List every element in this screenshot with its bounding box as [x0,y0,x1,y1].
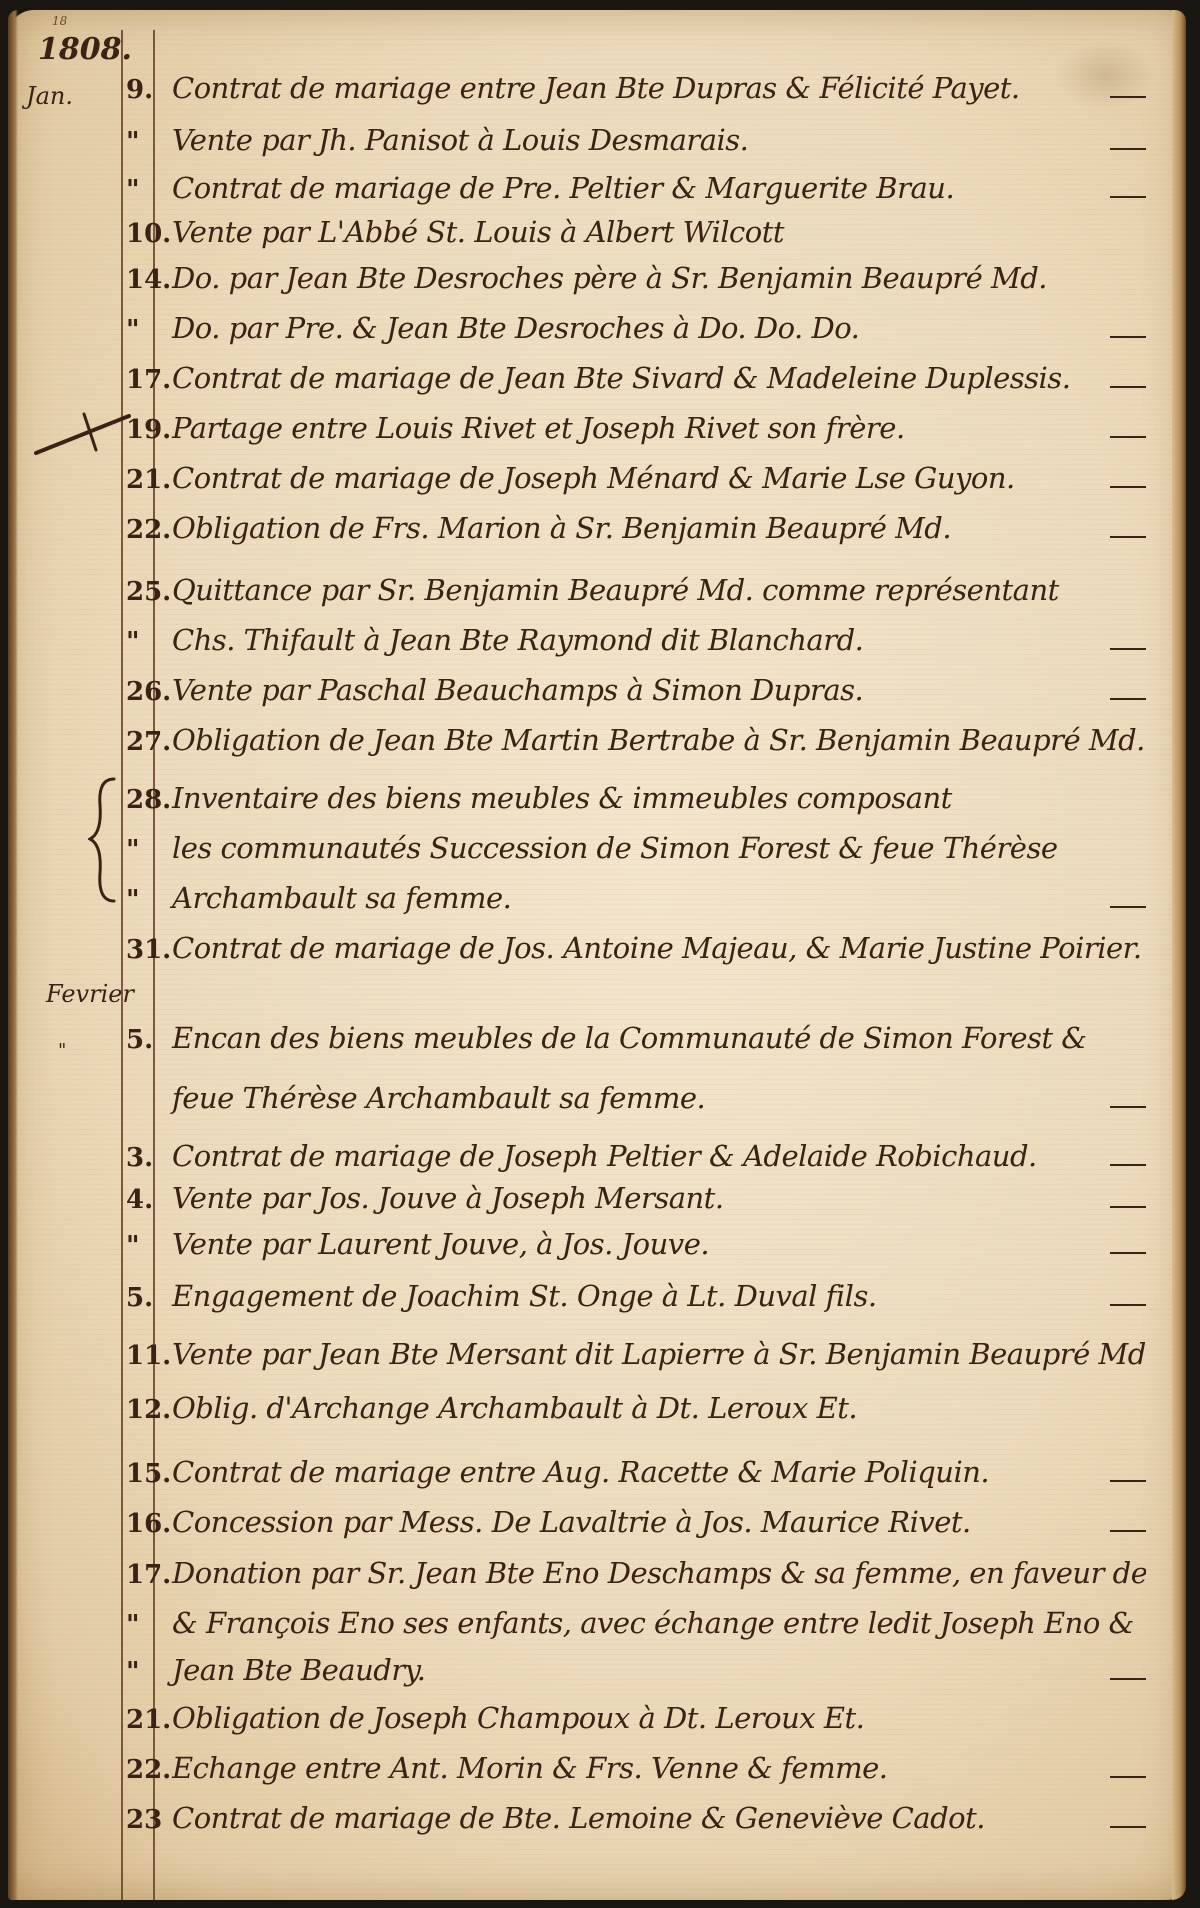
entry-text: Contrat de mariage de Jean Bte Sivard & … [162,360,1096,396]
entry-text: Inventaire des biens meubles & immeubles… [162,780,1146,816]
register-entry: 21.Obligation de Joseph Champoux à Dt. L… [126,1700,1146,1738]
register-entry: 22.Echange entre Ant. Morin & Frs. Venne… [126,1750,1146,1788]
register-entry: 16.Concession par Mess. De Lavaltrie à J… [126,1504,1146,1542]
entry-end-dash [1110,96,1146,98]
entry-day: " [126,882,162,918]
entry-text: Concession par Mess. De Lavaltrie à Jos.… [162,1504,1096,1540]
entry-text: Vente par Jean Bte Mersant dit Lapierre … [162,1336,1146,1372]
entry-text: Contrat de mariage de Pre. Peltier & Mar… [162,170,1096,206]
entry-text: Do. par Pre. & Jean Bte Desroches à Do. … [162,310,1096,346]
entry-text: Vente par L'Abbé St. Louis à Albert Wilc… [162,214,1146,250]
entry-text: les communautés Succession de Simon Fore… [162,830,1146,866]
entry-day: 23 [126,1802,162,1838]
register-entry: "Do. par Pre. & Jean Bte Desroches à Do.… [126,310,1146,348]
register-entry: 23Contrat de mariage de Bte. Lemoine & G… [126,1800,1146,1838]
entry-day: 14. [126,262,162,298]
entry-day: 16. [126,1506,162,1542]
entry-day: " [126,624,162,660]
register-entry: "Jean Bte Beaudry. [126,1652,1146,1690]
register-entry: 3.Contrat de mariage de Joseph Peltier &… [126,1138,1146,1176]
entry-day: " [126,124,162,160]
register-entry: 28.Inventaire des biens meubles & immeub… [126,780,1146,818]
register-entry: 31.Contrat de mariage de Jos. Antoine Ma… [126,930,1146,968]
register-entry: 14.Do. par Jean Bte Desroches père à Sr.… [126,260,1146,298]
entry-text: Engagement de Joachim St. Onge à Lt. Duv… [162,1278,1096,1314]
entry-text: Chs. Thifault à Jean Bte Raymond dit Bla… [162,622,1096,658]
entry-day: 27. [126,724,162,760]
entry-end-dash [1110,196,1146,198]
register-entry: 5.Engagement de Joachim St. Onge à Lt. D… [126,1278,1146,1316]
entry-end-dash [1110,1776,1146,1778]
register-page: 18 1808. Jan. Fevrier " 9.Contrat de mar… [8,10,1186,1900]
entry-end-dash [1110,1826,1146,1828]
register-entry: 17.Contrat de mariage de Jean Bte Sivard… [126,360,1146,398]
entry-text: Vente par Paschal Beauchamps à Simon Dup… [162,672,1096,708]
entry-day: 22. [126,1752,162,1788]
entry-end-dash [1110,906,1146,908]
entry-end-dash [1110,648,1146,650]
register-entry: 17.Donation par Sr. Jean Bte Eno Descham… [126,1555,1146,1593]
register-entry: 19.Partage entre Louis Rivet et Joseph R… [126,410,1146,448]
register-entry: 26.Vente par Paschal Beauchamps à Simon … [126,672,1146,710]
entry-end-dash [1110,386,1146,388]
entry-text: Oblig. d'Archange Archambault à Dt. Lero… [162,1390,1146,1426]
register-entry: 5.Encan des biens meubles de la Communau… [126,1020,1146,1058]
entry-day: " [126,1654,162,1690]
entry-text: Contrat de mariage de Bte. Lemoine & Gen… [162,1800,1096,1836]
entry-text: Partage entre Louis Rivet et Joseph Rive… [162,410,1096,446]
entry-end-dash [1110,336,1146,338]
entry-list: 9.Contrat de mariage entre Jean Bte Dupr… [8,10,1186,1900]
register-entry: 25.Quittance par Sr. Benjamin Beaupré Md… [126,572,1146,610]
entry-text: Contrat de mariage entre Aug. Racette & … [162,1454,1096,1490]
entry-day: 31. [126,932,162,968]
entry-text: Contrat de mariage de Joseph Peltier & A… [162,1138,1096,1174]
entry-day: " [126,172,162,208]
entry-end-dash [1110,1252,1146,1254]
register-entry: "& François Eno ses enfants, avec échang… [126,1605,1146,1643]
entry-end-dash [1110,1678,1146,1680]
entry-day: 17. [126,1557,162,1593]
register-entry: feue Thérèse Archambault sa femme. [126,1080,1146,1116]
entry-end-dash [1110,1164,1146,1166]
entry-day: " [126,1228,162,1264]
entry-day: 15. [126,1456,162,1492]
register-entry: 11.Vente par Jean Bte Mersant dit Lapier… [126,1336,1146,1374]
entry-text: Archambault sa femme. [162,880,1096,916]
entry-text: Vente par Jos. Jouve à Joseph Mersant. [162,1180,1096,1216]
entry-text: feue Thérèse Archambault sa femme. [162,1080,1096,1116]
entry-end-dash [1110,1304,1146,1306]
entry-day: 19. [126,412,162,448]
entry-day: 22. [126,512,162,548]
entry-text: Encan des biens meubles de la Communauté… [162,1020,1146,1056]
entry-text: Obligation de Jean Bte Martin Bertrabe à… [162,722,1146,758]
entry-end-dash [1110,1206,1146,1208]
register-entry: "Vente par Laurent Jouve, à Jos. Jouve. [126,1226,1146,1264]
entry-end-dash [1110,148,1146,150]
entry-end-dash [1110,486,1146,488]
entry-text: & François Eno ses enfants, avec échange… [162,1605,1146,1641]
register-entry: "les communautés Succession de Simon For… [126,830,1146,868]
entry-text: Contrat de mariage entre Jean Bte Dupras… [162,70,1096,106]
entry-day: 12. [126,1392,162,1428]
entry-day: 10. [126,216,162,252]
entry-text: Jean Bte Beaudry. [162,1652,1096,1688]
register-entry: 27.Obligation de Jean Bte Martin Bertrab… [126,722,1146,760]
entry-text: Contrat de mariage de Jos. Antoine Majea… [162,930,1146,966]
entry-day: 5. [126,1022,162,1058]
entry-day: 9. [126,72,162,108]
entry-day: 3. [126,1140,162,1176]
entry-text: Obligation de Frs. Marion à Sr. Benjamin… [162,510,1096,546]
register-entry: 22.Obligation de Frs. Marion à Sr. Benja… [126,510,1146,548]
entry-text: Donation par Sr. Jean Bte Eno Deschamps … [162,1555,1146,1591]
register-entry: 10.Vente par L'Abbé St. Louis à Albert W… [126,214,1146,252]
entry-text: Obligation de Joseph Champoux à Dt. Lero… [162,1700,1146,1736]
entry-text: Vente par Jh. Panisot à Louis Desmarais. [162,122,1096,158]
entry-end-dash [1110,536,1146,538]
entry-end-dash [1110,698,1146,700]
entry-text: Vente par Laurent Jouve, à Jos. Jouve. [162,1226,1096,1262]
entry-day: 21. [126,1702,162,1738]
entry-day: 5. [126,1280,162,1316]
entry-text: Contrat de mariage de Joseph Ménard & Ma… [162,460,1096,496]
register-entry: 21.Contrat de mariage de Joseph Ménard &… [126,460,1146,498]
register-entry: 15.Contrat de mariage entre Aug. Racette… [126,1454,1146,1492]
register-entry: "Vente par Jh. Panisot à Louis Desmarais… [126,122,1146,160]
register-entry: 4.Vente par Jos. Jouve à Joseph Mersant. [126,1180,1146,1218]
entry-day: 4. [126,1182,162,1218]
entry-end-dash [1110,1530,1146,1532]
register-entry: "Chs. Thifault à Jean Bte Raymond dit Bl… [126,622,1146,660]
entry-day: 11. [126,1338,162,1374]
entry-day: 26. [126,674,162,710]
entry-end-dash [1110,1480,1146,1482]
entry-end-dash [1110,1106,1146,1108]
entry-day: 25. [126,574,162,610]
register-entry: 12.Oblig. d'Archange Archambault à Dt. L… [126,1390,1146,1428]
entry-day: " [126,312,162,348]
entry-day: 21. [126,462,162,498]
entry-day: " [126,832,162,868]
entry-end-dash [1110,436,1146,438]
entry-text: Quittance par Sr. Benjamin Beaupré Md. c… [162,572,1146,608]
register-entry: 9.Contrat de mariage entre Jean Bte Dupr… [126,70,1146,108]
entry-day: " [126,1607,162,1643]
entry-day: 17. [126,362,162,398]
entry-day: 28. [126,782,162,818]
entry-text: Echange entre Ant. Morin & Frs. Venne & … [162,1750,1096,1786]
entry-text: Do. par Jean Bte Desroches père à Sr. Be… [162,260,1146,296]
register-entry: "Archambault sa femme. [126,880,1146,918]
register-entry: "Contrat de mariage de Pre. Peltier & Ma… [126,170,1146,208]
